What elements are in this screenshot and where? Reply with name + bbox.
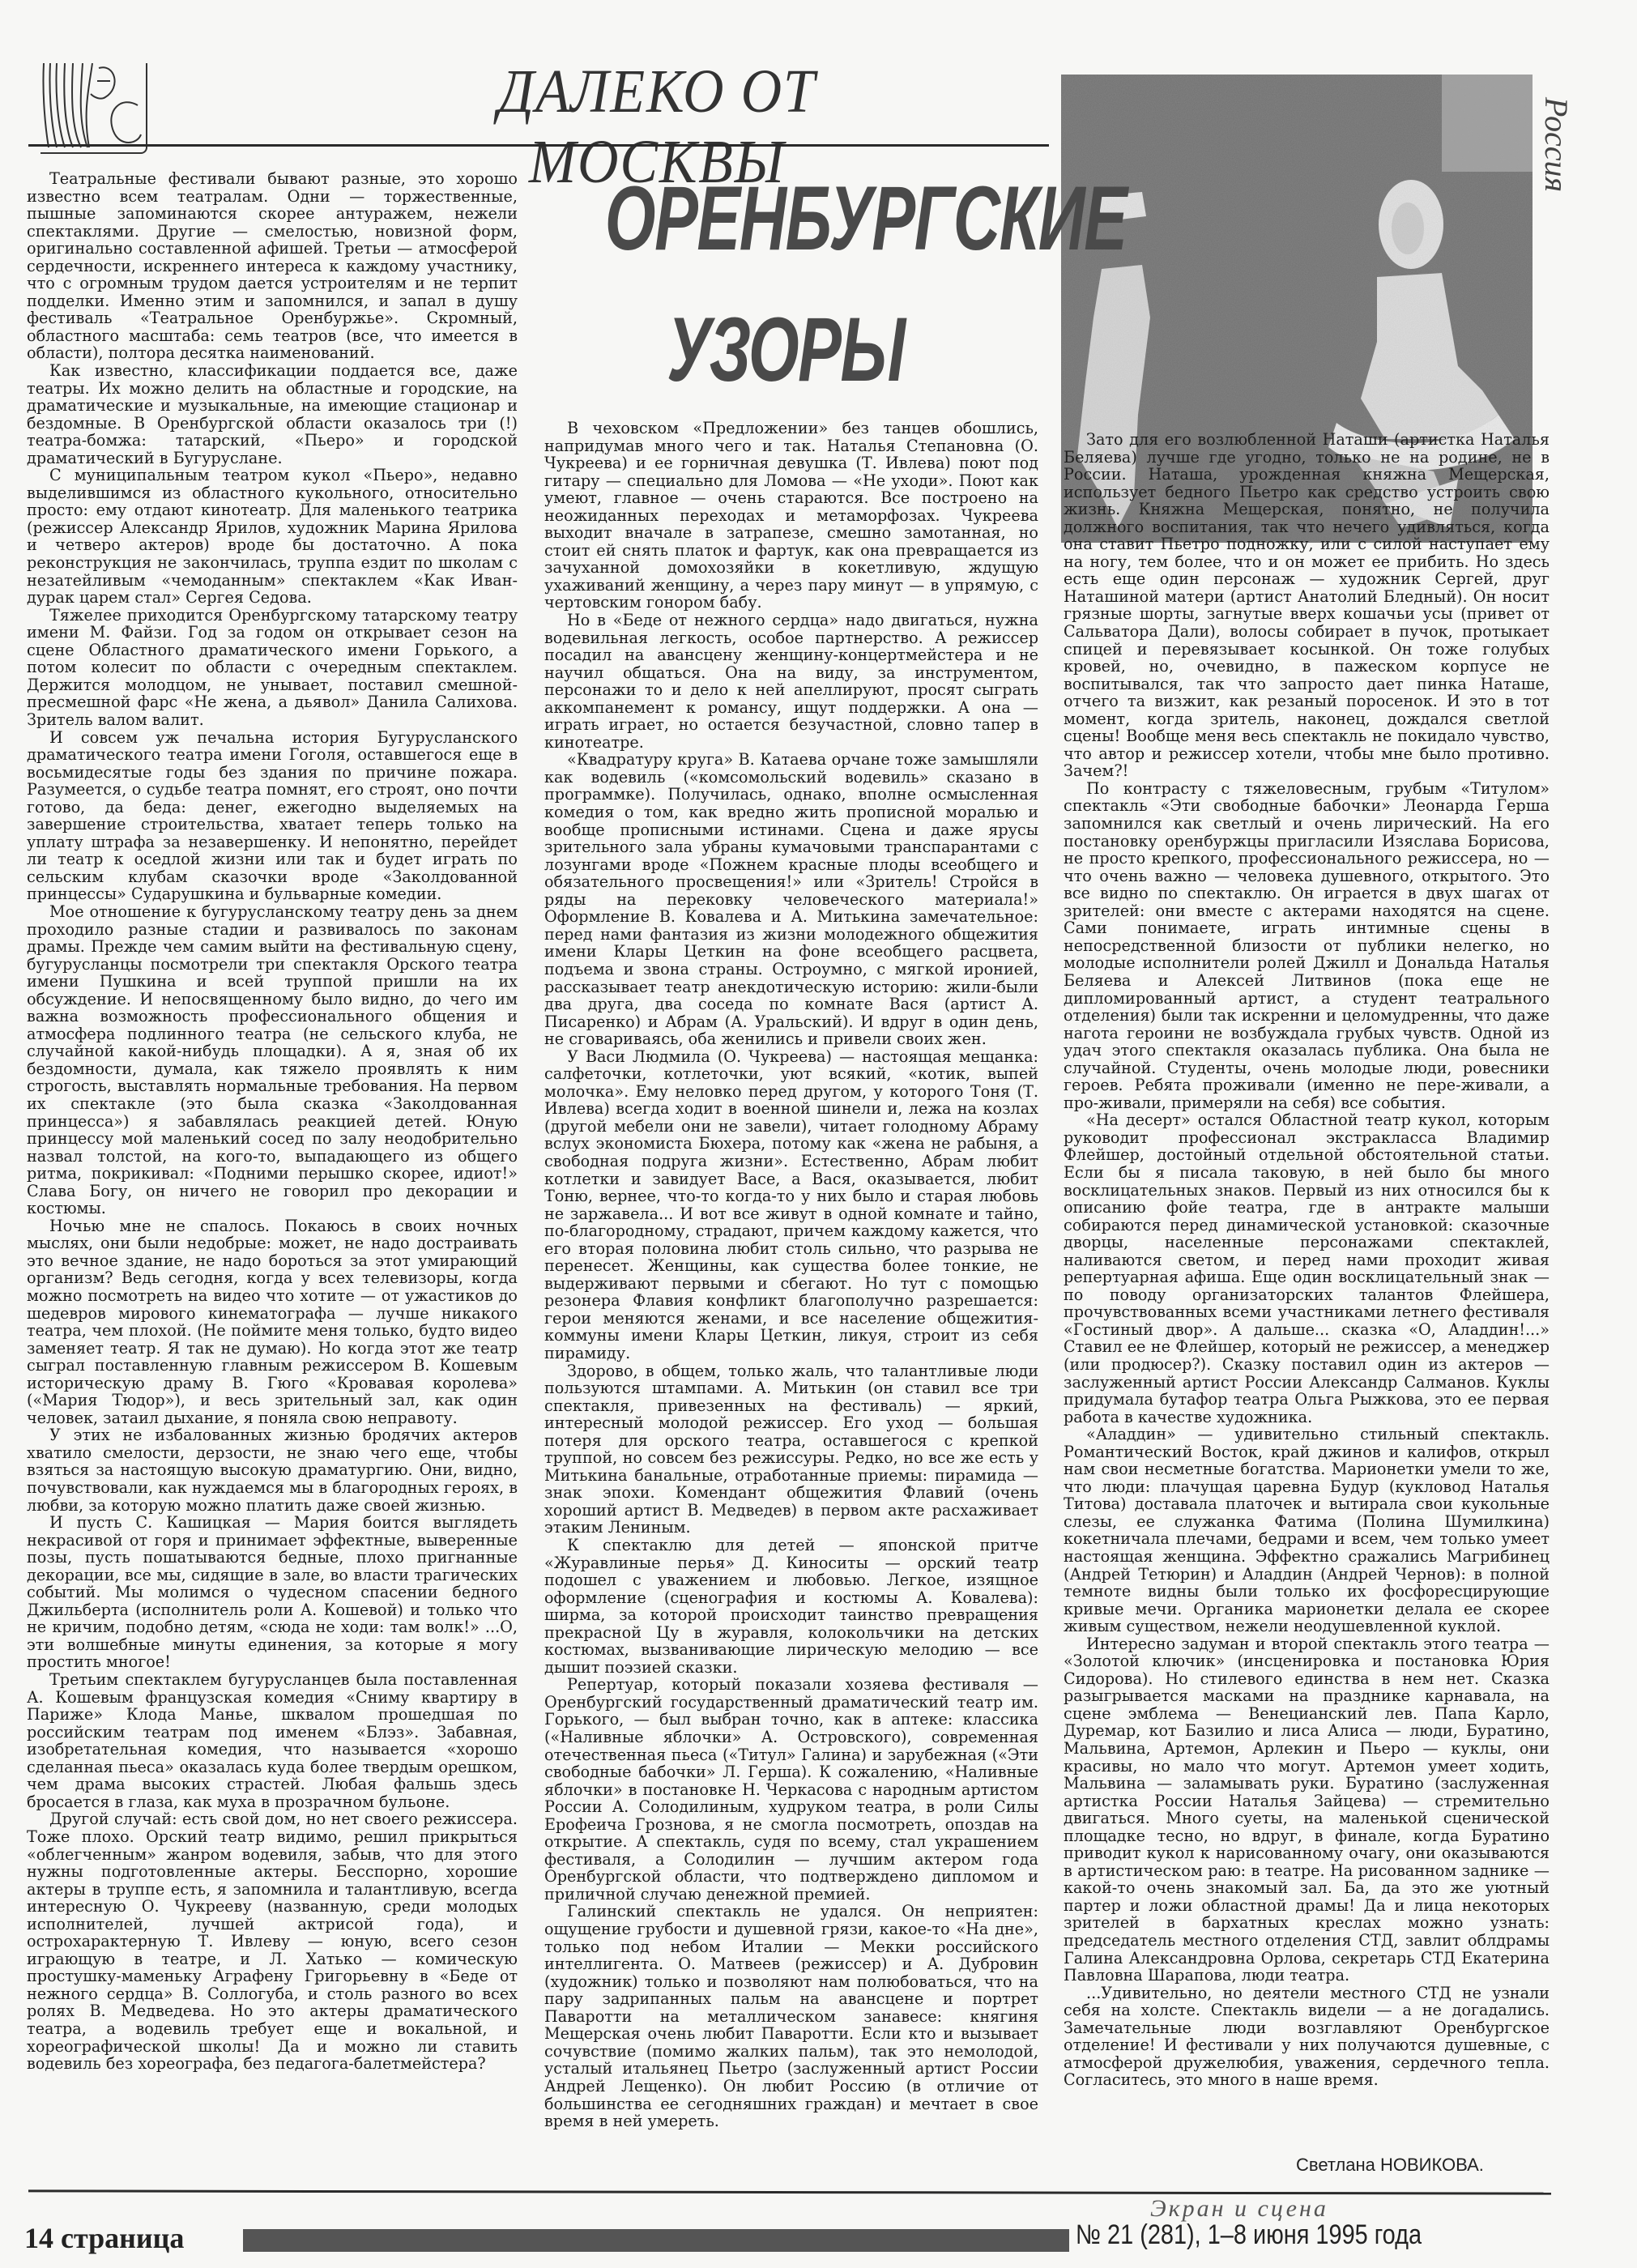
article-column-2: В чеховском «Предложении» без танцев обо… [544, 420, 1038, 2130]
paragraph: «На десерт» остался Областной театр куко… [1064, 1111, 1550, 1426]
title-line-1: ОРЕНБУРГСКИЕ [605, 162, 966, 275]
footer-divider [28, 2189, 1551, 2194]
paragraph: И пусть С. Кашицкая — Мария боится выгля… [27, 1514, 518, 1671]
paragraph: Ночью мне не спалось. Покаюсь в своих но… [27, 1217, 518, 1427]
paragraph: Зато для его возлюбленной Наташи (артист… [1064, 431, 1550, 780]
paragraph: Галинский спектакль не удался. Он неприя… [544, 1903, 1038, 2129]
title-line-2: УЗОРЫ [605, 293, 966, 407]
paragraph: Третьим спектаклем бугурусланцев была по… [27, 1671, 518, 1810]
paragraph: Но в «Беде от нежного сердца» надо двига… [544, 612, 1038, 751]
paragraph: Здорово, в общем, только жаль, что талан… [544, 1362, 1038, 1537]
handwritten-margin-note: Россия [1537, 97, 1575, 192]
publication-logo [40, 63, 147, 154]
footer-decorative-bar [243, 2229, 1069, 2252]
author-signature: Светлана НОВИКОВА. [1296, 2155, 1484, 2176]
page-number: 14 страница [24, 2221, 184, 2255]
paragraph: Мое отношение к бугурусланскому театру д… [27, 903, 518, 1217]
header-divider [28, 144, 1049, 147]
paragraph: В чеховском «Предложении» без танцев обо… [544, 420, 1038, 612]
paragraph: «Квадратуру круга» В. Катаева орчане тож… [544, 751, 1038, 1047]
paragraph: Репертуар, который показали хозяева фест… [544, 1676, 1038, 1903]
paragraph: У этих не избалованных жизнью бродячих а… [27, 1426, 518, 1514]
paragraph: У Васи Людмила (О. Чукреева) — настоящая… [544, 1048, 1038, 1362]
paragraph: И совсем уж печальна история Бугурусланс… [27, 729, 518, 903]
paragraph: Театральные фестивали бывают разные, это… [27, 170, 518, 362]
paragraph: С муниципальным театром кукол «Пьеро», н… [27, 467, 518, 606]
paragraph: Как известно, классификации поддается вс… [27, 362, 518, 467]
issue-info: № 21 (281), 1–8 июня 1995 года [1076, 2219, 1422, 2251]
paragraph: «Аладдин» — удивительно стильный спектак… [1064, 1426, 1550, 1635]
paragraph: По контрасту с тяжеловесным, грубым «Тит… [1064, 780, 1550, 1111]
handwritten-publication-note: Экран и сцена [1150, 2195, 1328, 2223]
article-title: ОРЕНБУРГСКИЕ УЗОРЫ [605, 162, 966, 407]
paragraph: Тяжелее приходится Оренбургскому татарск… [27, 607, 518, 729]
article-column-1: Театральные фестивали бывают разные, это… [27, 170, 518, 2073]
paragraph: Интересно задуман и второй спектакль это… [1064, 1635, 1550, 1985]
paragraph: ...Удивительно, но деятели местного СТД … [1064, 1985, 1550, 2089]
paragraph: Другой случай: есть свой дом, но нет сво… [27, 1810, 518, 2072]
article-column-3: Зато для его возлюбленной Наташи (артист… [1064, 431, 1550, 2089]
paragraph: К спектаклю для детей — японской притче … [544, 1537, 1038, 1676]
curtain-logo-icon [40, 63, 146, 152]
